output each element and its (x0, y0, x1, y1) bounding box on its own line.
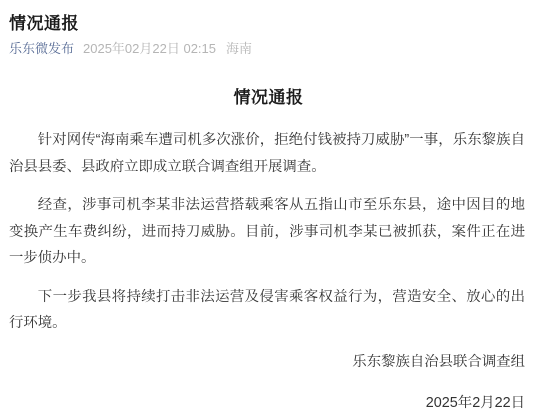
article-page: 情况通报 乐东微发布2025年02月22日 02:15海南 情况通报 针对网传“… (0, 0, 540, 413)
page-title: 情况通报 (9, 12, 528, 36)
publish-location: 海南 (226, 41, 252, 56)
notice-paragraph-1: 针对网传“海南乘车遭司机多次涨价，拒绝付钱被持刀威胁”一事，乐东黎族自治县县委、… (9, 127, 525, 180)
notice-paragraph-2: 经查，涉事司机李某非法运营搭载乘客从五指山市至乐东县，途中因目的地变换产生车费纠… (9, 192, 525, 272)
notice-paragraph-3: 下一步我县将持续打击非法运营及侵害乘客权益行为，营造安全、放心的出行环境。 (9, 284, 525, 337)
notice-heading: 情况通报 (9, 86, 528, 110)
notice-body: 针对网传“海南乘车遭司机多次涨价，拒绝付钱被持刀威胁”一事，乐东黎族自治县县委、… (9, 127, 528, 413)
source-account-link[interactable]: 乐东微发布 (9, 41, 74, 56)
article-main: 情况通报 针对网传“海南乘车遭司机多次涨价，拒绝付钱被持刀威胁”一事，乐东黎族自… (9, 86, 528, 413)
article-header: 情况通报 乐东微发布2025年02月22日 02:15海南 (9, 12, 528, 58)
notice-date: 2025年2月22日 (9, 390, 525, 413)
notice-signature: 乐东黎族自治县联合调查组 (9, 349, 525, 376)
article-meta: 乐东微发布2025年02月22日 02:15海南 (9, 40, 528, 58)
publish-datetime: 2025年02月22日 02:15 (83, 41, 216, 56)
